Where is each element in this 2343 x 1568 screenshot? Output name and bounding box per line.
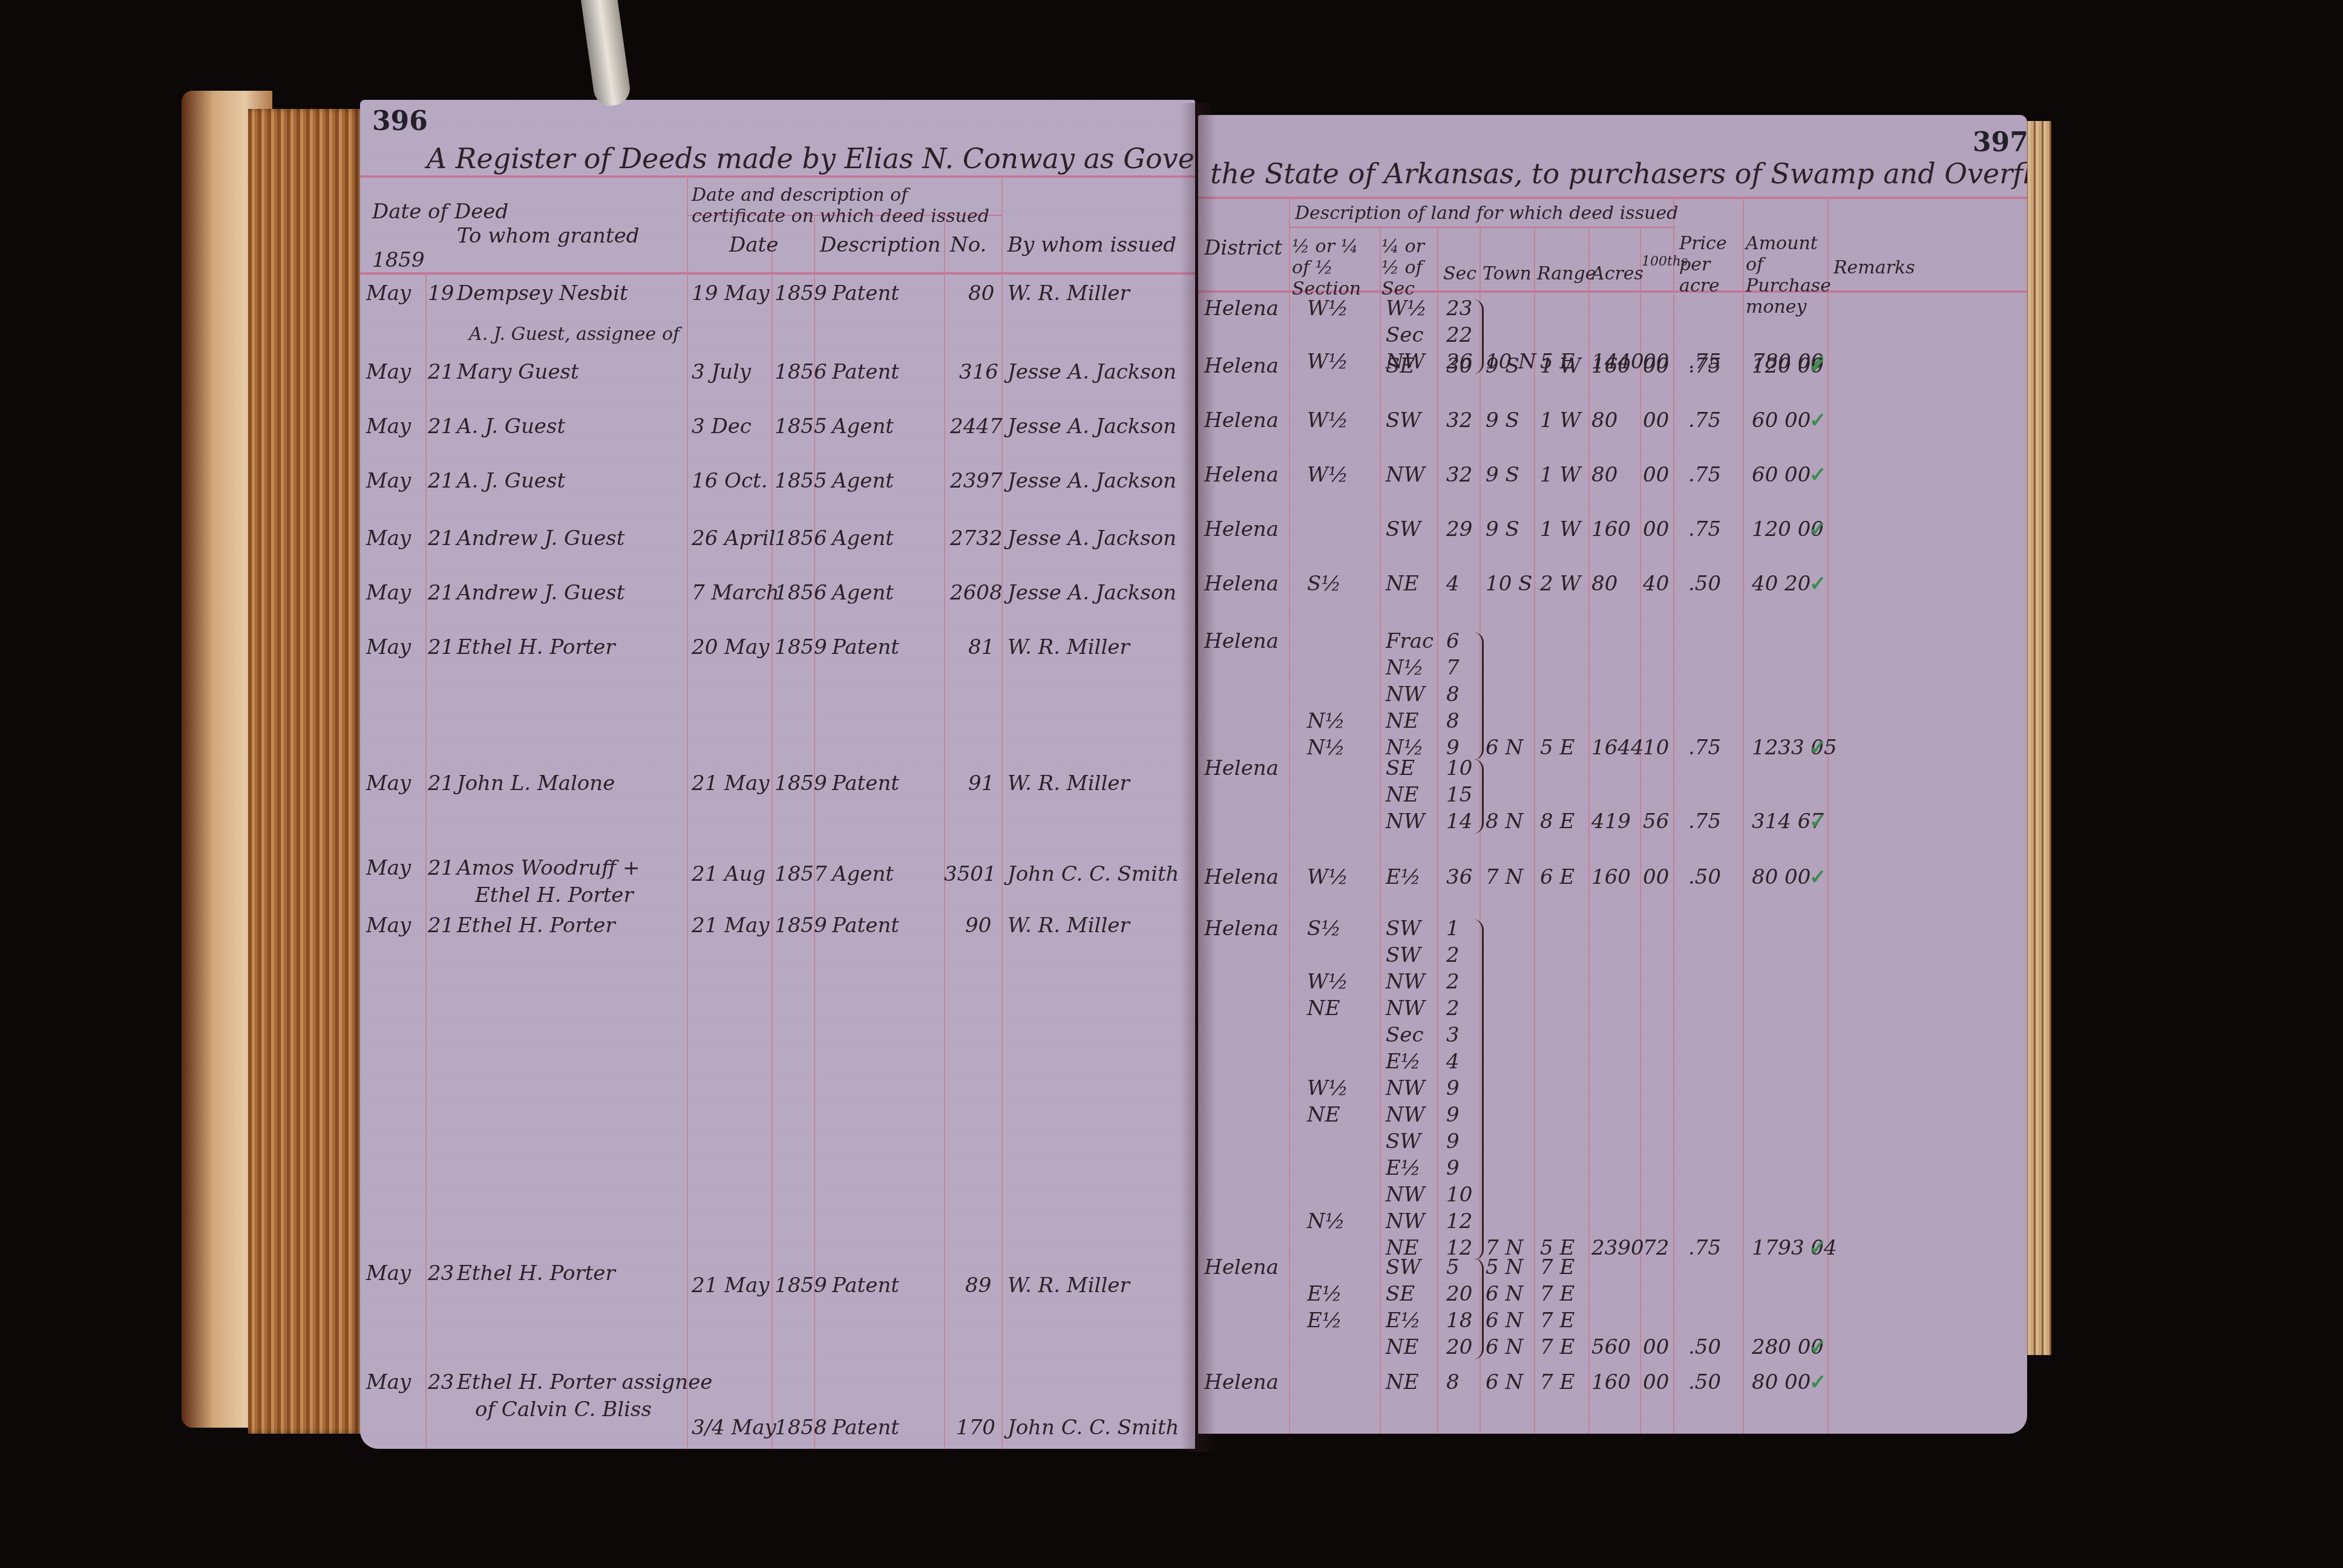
header-town: Town <box>1483 263 1532 284</box>
grouping-brace <box>1473 920 1484 1260</box>
header-description: Description <box>820 233 941 257</box>
table-row: May 23 Ethel H. Porter assignee of Calvi… <box>360 1370 1195 1443</box>
entry-price: .75 <box>1688 463 1721 487</box>
row-grantee: Amos Woodruff + <box>457 856 640 880</box>
row-month: May <box>366 635 411 659</box>
row-day: 21 <box>428 414 454 439</box>
entry-check: ✓ <box>1809 1370 1827 1394</box>
row-cert-date: 3 Dec <box>692 414 752 439</box>
entry-quarter: NW <box>1386 996 1425 1021</box>
entry-part: W½ <box>1307 865 1348 889</box>
entry-acres: 80 <box>1591 463 1617 487</box>
entry-hundredths: 40 <box>1643 572 1669 596</box>
row-day: 21 <box>428 360 454 384</box>
row-grantee: A. J. Guest <box>457 414 565 439</box>
row-month: May <box>366 913 411 938</box>
row-month: May <box>366 414 411 439</box>
entry-quarter: NE <box>1386 709 1419 733</box>
entry-part: W½ <box>1307 1076 1348 1100</box>
entry-price: .75 <box>1688 1236 1721 1260</box>
row-description: Agent <box>832 581 894 605</box>
entry-sec: 8 <box>1446 682 1460 707</box>
entry-sec: 8 <box>1446 1370 1460 1394</box>
header-date: Date <box>729 233 778 257</box>
entry-town: 5 N <box>1486 1255 1523 1279</box>
row-cert-year: 1859 <box>775 281 827 305</box>
entry-quarter: NE <box>1386 1335 1419 1359</box>
entry-price: .75 <box>1688 517 1721 541</box>
entry-sec: 2 <box>1446 996 1460 1021</box>
entry-sec: 4 <box>1446 572 1460 596</box>
row-description: Agent <box>832 469 894 493</box>
row-description: Patent <box>832 360 899 384</box>
entry-range: 1 W <box>1540 408 1581 433</box>
entry-quarter: N½ <box>1386 656 1424 680</box>
entry-check: ✓ <box>1809 1236 1827 1260</box>
entry-town: 6 N <box>1486 1335 1523 1359</box>
row-cert-date: 3 July <box>692 360 751 384</box>
entry-quarter: Sec <box>1386 323 1423 347</box>
entry-range: 6 E <box>1540 865 1575 889</box>
table-row: May 21 A. J. Guest 3 Dec 1855 Agent 2447… <box>360 414 1195 451</box>
row-issued-by: W. R. Miller <box>1008 281 1130 305</box>
entry-quarter: SW <box>1386 517 1421 541</box>
entry-hundredths: 56 <box>1643 809 1669 834</box>
row-cert-date: 7 March <box>692 581 779 605</box>
header-sec: Sec <box>1443 263 1476 284</box>
entry-town: 6 N <box>1486 1370 1523 1394</box>
header-acres: Acres <box>1591 263 1643 284</box>
entry-town: 6 N <box>1486 1282 1523 1306</box>
entry-sec: 9 <box>1446 1129 1460 1154</box>
grouping-brace <box>1473 632 1484 760</box>
entry-quarter: NE <box>1386 572 1419 596</box>
row-day: 21 <box>428 856 454 880</box>
row-no: 2447 <box>950 414 1003 439</box>
entry-check: ✓ <box>1809 736 1827 760</box>
entry-sec: 10 <box>1446 1183 1472 1207</box>
row-grantee: John L. Malone <box>457 771 615 795</box>
row-description: Patent <box>832 635 899 659</box>
row-day: 23 <box>428 1261 454 1285</box>
row-cert-year: 1856 <box>775 581 827 605</box>
entry-town: 9 S <box>1486 463 1519 487</box>
entry-quarter: E½ <box>1386 1308 1421 1333</box>
entry-town: 10 S <box>1486 572 1532 596</box>
entry-sec: 29 <box>1446 517 1472 541</box>
entry-town: 6 N <box>1486 1308 1523 1333</box>
entry-quarter: SW <box>1386 1255 1421 1279</box>
row-no: 2397 <box>950 469 1003 493</box>
table-row: May 21 Andrew J. Guest 7 March 1856 Agen… <box>360 581 1195 617</box>
entry-part: N½ <box>1307 709 1345 733</box>
header-part-of-section: ½ or ¼ of ½ Section <box>1292 236 1377 299</box>
entry-quarter: NW <box>1386 1183 1425 1207</box>
entry-part: W½ <box>1307 408 1348 433</box>
header-to-whom-granted: To whom granted <box>457 224 640 248</box>
header-no: No. <box>950 233 986 257</box>
entry-range: 7 E <box>1540 1308 1575 1333</box>
table-row: May 23 Ethel H. Porter 21 May 1859 Paten… <box>360 1261 1195 1298</box>
grouping-brace <box>1473 759 1484 834</box>
grouping-brace <box>1473 1258 1484 1359</box>
entry-part: N½ <box>1307 1209 1345 1233</box>
row-cert-date: 21 Aug <box>692 862 765 886</box>
row-issued-by: John C. C. Smith <box>1008 862 1179 886</box>
row-no: 81 <box>968 635 994 659</box>
row-no: 2608 <box>950 581 1003 605</box>
row-month: May <box>366 771 411 795</box>
entry-check: ✓ <box>1809 865 1827 889</box>
row-issued-by: Jesse A. Jackson <box>1008 360 1176 384</box>
entry-acres: 560 <box>1591 1335 1631 1359</box>
row-cert-year: 1856 <box>775 360 827 384</box>
entry-sec: 14 <box>1446 809 1472 834</box>
entry-quarter: E½ <box>1386 1156 1421 1180</box>
row-month: May <box>366 360 411 384</box>
row-month: May <box>366 469 411 493</box>
entry-amount: 40 20 <box>1752 572 1810 596</box>
entry-quarter: NW <box>1386 970 1425 994</box>
row-description: Patent <box>832 913 899 938</box>
book-gutter <box>1180 103 1216 1452</box>
entry-quarter: Frac <box>1386 629 1434 653</box>
column-divider <box>1437 227 1438 1434</box>
entry-sec: 23 <box>1446 296 1472 321</box>
row-cert-date: 16 Oct. <box>692 469 767 493</box>
entry-quarter: SW <box>1386 943 1421 967</box>
entry-quarter: W½ <box>1386 296 1427 321</box>
left-page: 396 A Register of Deeds made by Elias N.… <box>360 100 1195 1449</box>
row-no: 170 <box>956 1416 995 1440</box>
row-grantee-line2: of Calvin C. Bliss <box>475 1397 652 1422</box>
entry-check: ✓ <box>1809 572 1827 596</box>
column-divider <box>1534 227 1535 1434</box>
entry-quarter: NW <box>1386 463 1425 487</box>
row-day: 21 <box>428 526 454 550</box>
entry-sec: 32 <box>1446 408 1472 433</box>
entry-sec: 8 <box>1446 709 1460 733</box>
entry-quarter: SW <box>1386 916 1421 941</box>
entry-part: W½ <box>1307 350 1348 374</box>
entry-range: 7 E <box>1540 1255 1575 1279</box>
row-no: 80 <box>968 281 994 305</box>
entry-acres: 80 <box>1591 408 1617 433</box>
entry-hundredths: 00 <box>1643 865 1669 889</box>
row-cert-date: 26 April <box>692 526 775 550</box>
row-issued-by: W. R. Miller <box>1008 913 1130 938</box>
entry-quarter: NE <box>1386 1370 1419 1394</box>
entry-price: .50 <box>1688 1370 1721 1394</box>
entry-quarter: NW <box>1386 1209 1425 1233</box>
entry-check: ✓ <box>1809 1335 1827 1359</box>
row-issued-by: Jesse A. Jackson <box>1008 414 1176 439</box>
row-day: 21 <box>428 469 454 493</box>
entry-part: E½ <box>1307 1282 1342 1306</box>
entry-check: ✓ <box>1809 809 1827 834</box>
table-row: A. J. Guest, assignee of May 21 Mary Gue… <box>360 324 1195 396</box>
row-cert-year: 1859 <box>775 771 827 795</box>
entry-sec: 30 <box>1446 354 1472 378</box>
entry-acres: 1644 <box>1591 736 1644 760</box>
row-day: 19 <box>428 281 454 305</box>
row-issued-by: W. R. Miller <box>1008 635 1130 659</box>
page-holder-clip <box>581 0 632 108</box>
row-no: 316 <box>959 360 998 384</box>
entry-range: 7 E <box>1540 1370 1575 1394</box>
entry-amount: 60 00 <box>1752 408 1810 433</box>
entry-range: 1 W <box>1540 517 1581 541</box>
entry-sec: 15 <box>1446 783 1472 807</box>
entry-quarter: SE <box>1386 756 1415 780</box>
row-issued-by: W. R. Miller <box>1008 771 1130 795</box>
table-row: May 21 John L. Malone 21 May 1859 Patent… <box>360 771 1195 808</box>
entry-quarter: SE <box>1386 1282 1415 1306</box>
table-row: May 21 Amos Woodruff + Ethel H. Porter 2… <box>360 856 1195 923</box>
entry-sec: 36 <box>1446 865 1472 889</box>
entry-check: ✓ <box>1809 408 1827 433</box>
entry-part: NE <box>1307 996 1340 1021</box>
row-cert-year: 1859 <box>775 1273 827 1298</box>
row-cert-date: 19 May <box>692 281 769 305</box>
entry-acres: 160 <box>1591 1370 1631 1394</box>
rule <box>360 175 1195 178</box>
column-divider <box>1673 197 1674 1434</box>
header-year: 1859 <box>372 248 425 272</box>
entry-range: 7 E <box>1540 1335 1575 1359</box>
rule <box>1289 227 1673 228</box>
table-row: May 21 Andrew J. Guest 26 April 1856 Age… <box>360 526 1195 563</box>
header-date-of-deed: Date of Deed <box>372 200 508 224</box>
row-day: 21 <box>428 913 454 938</box>
row-description: Patent <box>832 1273 899 1298</box>
entry-part: W½ <box>1307 970 1348 994</box>
entry-price: .75 <box>1688 736 1721 760</box>
header-remarks: Remarks <box>1833 257 1915 278</box>
entry-sec: 18 <box>1446 1308 1472 1333</box>
entry-quarter: NW <box>1386 1076 1425 1100</box>
entry-sec: 1 <box>1446 916 1460 941</box>
row-issued-by: W. R. Miller <box>1008 1273 1130 1298</box>
row-grantee: Ethel H. Porter <box>457 1261 615 1285</box>
grouping-brace <box>1473 299 1484 374</box>
entry-acres: 160 <box>1591 517 1631 541</box>
entry-quarter: NW <box>1386 682 1425 707</box>
row-description: Agent <box>832 862 894 886</box>
entry-part: S½ <box>1307 572 1341 596</box>
row-day: 23 <box>428 1370 454 1394</box>
entry-town: 9 S <box>1486 408 1519 433</box>
entry-quarter: SE <box>1386 354 1415 378</box>
row-grantee: Mary Guest <box>457 360 579 384</box>
entry-town: 9 S <box>1486 517 1519 541</box>
row-day: 21 <box>428 581 454 605</box>
row-day: 21 <box>428 635 454 659</box>
row-cert-year: 1857 <box>775 862 827 886</box>
row-issued-by: Jesse A. Jackson <box>1008 469 1176 493</box>
row-month: May <box>366 526 411 550</box>
row-grantee: Ethel H. Porter <box>457 635 615 659</box>
entry-acres: 419 <box>1591 809 1631 834</box>
page-number-right: 397 <box>1973 127 2027 158</box>
entry-sec: 20 <box>1446 1335 1472 1359</box>
entry-check: ✓ <box>1809 517 1827 541</box>
row-month: May <box>366 856 411 880</box>
row-cert-year: 1855 <box>775 469 827 493</box>
left-page-title: A Register of Deeds made by Elias N. Con… <box>427 142 1195 175</box>
entry-sec: 9 <box>1446 1156 1460 1180</box>
row-cert-year: 1856 <box>775 526 827 550</box>
entry-sec: 10 <box>1446 756 1472 780</box>
entry-sec: 20 <box>1446 1282 1472 1306</box>
entry-price: .50 <box>1688 1335 1721 1359</box>
entry-range: 7 E <box>1540 1282 1575 1306</box>
right-page-title: the State of Arkansas, to purchasers of … <box>1210 157 2027 190</box>
entry-range: 1 W <box>1540 354 1581 378</box>
row-grantee: Ethel H. Porter <box>457 913 615 938</box>
entry-sec: 32 <box>1446 463 1472 487</box>
entry-part: S½ <box>1307 916 1341 941</box>
entry-part: E½ <box>1307 1308 1342 1333</box>
entry-hundredths: 00 <box>1643 408 1669 433</box>
entry-check: ✓ <box>1809 354 1827 378</box>
entry-quarter: NE <box>1386 783 1419 807</box>
entry-part: N½ <box>1307 736 1345 760</box>
row-grantee: Ethel H. Porter assignee <box>457 1370 712 1394</box>
row-cert-year: 1859 <box>775 913 827 938</box>
entry-sec: 6 <box>1446 629 1460 653</box>
table-row: May 21 Ethel H. Porter 20 May 1859 Paten… <box>360 635 1195 671</box>
entry-price: .75 <box>1688 408 1721 433</box>
row-cert-date: 3/4 May <box>692 1416 776 1440</box>
column-divider <box>1743 197 1744 1434</box>
entry-sec: 2 <box>1446 943 1460 967</box>
row-cert-date: 21 May <box>692 771 769 795</box>
header-quarter-of-sec: ¼ or ½ of Sec <box>1381 236 1436 299</box>
row-cert-year: 1859 <box>775 635 827 659</box>
header-price-per-acre: Price per acre <box>1679 233 1740 296</box>
header-certificate-group: Date and description of certificate on w… <box>692 185 994 227</box>
row-no: 89 <box>965 1273 991 1298</box>
row-grantee: A. J. Guest <box>457 469 565 493</box>
entry-range: 1 W <box>1540 463 1581 487</box>
entry-part: W½ <box>1307 463 1348 487</box>
entry-hundredths: 72 <box>1643 1236 1669 1260</box>
entry-amount: 80 00 <box>1752 1370 1810 1394</box>
header-land-description-group: Description of land for which deed issue… <box>1295 203 1678 224</box>
row-grantee: Dempsey Nesbit <box>457 281 628 305</box>
row-cert-date: 21 May <box>692 913 769 938</box>
entry-range: 2 W <box>1540 572 1581 596</box>
table-row: May 21 Ethel H. Porter 21 May 1859 Paten… <box>360 913 1195 950</box>
entry-sec: 7 <box>1446 656 1460 680</box>
row-cert-date: 20 May <box>692 635 769 659</box>
entry-price: .75 <box>1688 809 1721 834</box>
header-amount: Amount of Purchase money <box>1746 233 1824 318</box>
entry-sec: 12 <box>1446 1209 1472 1233</box>
row-month: May <box>366 1261 411 1285</box>
entry-quarter: SW <box>1386 1129 1421 1154</box>
row-description: Patent <box>832 771 899 795</box>
row-no: 91 <box>968 771 994 795</box>
right-page: 397 the State of Arkansas, to purchasers… <box>1198 115 2027 1434</box>
entry-hundredths: 00 <box>1643 1335 1669 1359</box>
entry-range: 8 E <box>1540 809 1575 834</box>
entry-part: NE <box>1307 1103 1340 1127</box>
entry-acres: 2390 <box>1591 1236 1644 1260</box>
row-issued-by: Jesse A. Jackson <box>1008 581 1176 605</box>
row-cert-year: 1855 <box>775 414 827 439</box>
row-grantee: Andrew J. Guest <box>457 581 624 605</box>
header-by-whom-issued: By whom issued <box>1008 233 1176 257</box>
column-divider <box>1588 227 1590 1434</box>
entry-hundredths: 00 <box>1643 463 1669 487</box>
row-description: Patent <box>832 281 899 305</box>
entry-town: 9 S <box>1486 354 1519 378</box>
entry-quarter: NW <box>1386 1103 1425 1127</box>
entry-amount: 80 00 <box>1752 865 1810 889</box>
entry-quarter: SW <box>1386 408 1421 433</box>
entry-part: W½ <box>1307 296 1348 321</box>
entry-sec: 4 <box>1446 1050 1460 1074</box>
row-cert-year: 1858 <box>775 1416 827 1440</box>
entry-amount: 60 00 <box>1752 463 1810 487</box>
column-divider <box>1380 227 1381 1434</box>
entry-price: .75 <box>1688 354 1721 378</box>
entry-price: .50 <box>1688 865 1721 889</box>
table-row: May 21 A. J. Guest 16 Oct. 1855 Agent 23… <box>360 469 1195 505</box>
column-divider <box>1289 197 1290 1434</box>
row-grantee-note: A. J. Guest, assignee of <box>469 324 680 345</box>
entry-town: 8 N <box>1486 809 1523 834</box>
row-description: Agent <box>832 414 894 439</box>
entry-hundredths: 00 <box>1643 354 1669 378</box>
entry-price: .50 <box>1688 572 1721 596</box>
row-month: May <box>366 281 411 305</box>
entry-quarter: E½ <box>1386 1050 1421 1074</box>
entry-quarter: E½ <box>1386 865 1421 889</box>
entry-acres: 160 <box>1591 354 1631 378</box>
entry-sec: 22 <box>1446 323 1472 347</box>
row-month: May <box>366 1370 411 1394</box>
entry-sec: 9 <box>1446 1103 1460 1127</box>
entry-quarter: NW <box>1386 809 1425 834</box>
table-row: May 19 Dempsey Nesbit 19 May 1859 Patent… <box>360 281 1195 318</box>
row-cert-date: 21 May <box>692 1273 769 1298</box>
row-month: May <box>366 581 411 605</box>
row-grantee-line2: Ethel H. Porter <box>475 883 634 907</box>
entry-hundredths: 00 <box>1643 1370 1669 1394</box>
row-description: Patent <box>832 1416 899 1440</box>
entry-sec: 5 <box>1446 1255 1460 1279</box>
entry-sec: 2 <box>1446 970 1460 994</box>
entry-sec: 3 <box>1446 1023 1460 1047</box>
row-no: 2732 <box>950 526 1003 550</box>
page-edges-left <box>248 109 363 1434</box>
entry-town: 6 N <box>1486 736 1523 760</box>
row-issued-by: Jesse A. Jackson <box>1008 526 1176 550</box>
row-no: 90 <box>965 913 991 938</box>
entry-quarter: Sec <box>1386 1023 1423 1047</box>
entry-range: 5 E <box>1540 736 1575 760</box>
row-day: 21 <box>428 771 454 795</box>
row-description: Agent <box>832 526 894 550</box>
row-grantee: Andrew J. Guest <box>457 526 624 550</box>
entry-check: ✓ <box>1809 463 1827 487</box>
rule <box>1198 197 2027 199</box>
entry-town: 7 N <box>1486 865 1523 889</box>
entry-hundredths: 00 <box>1643 517 1669 541</box>
